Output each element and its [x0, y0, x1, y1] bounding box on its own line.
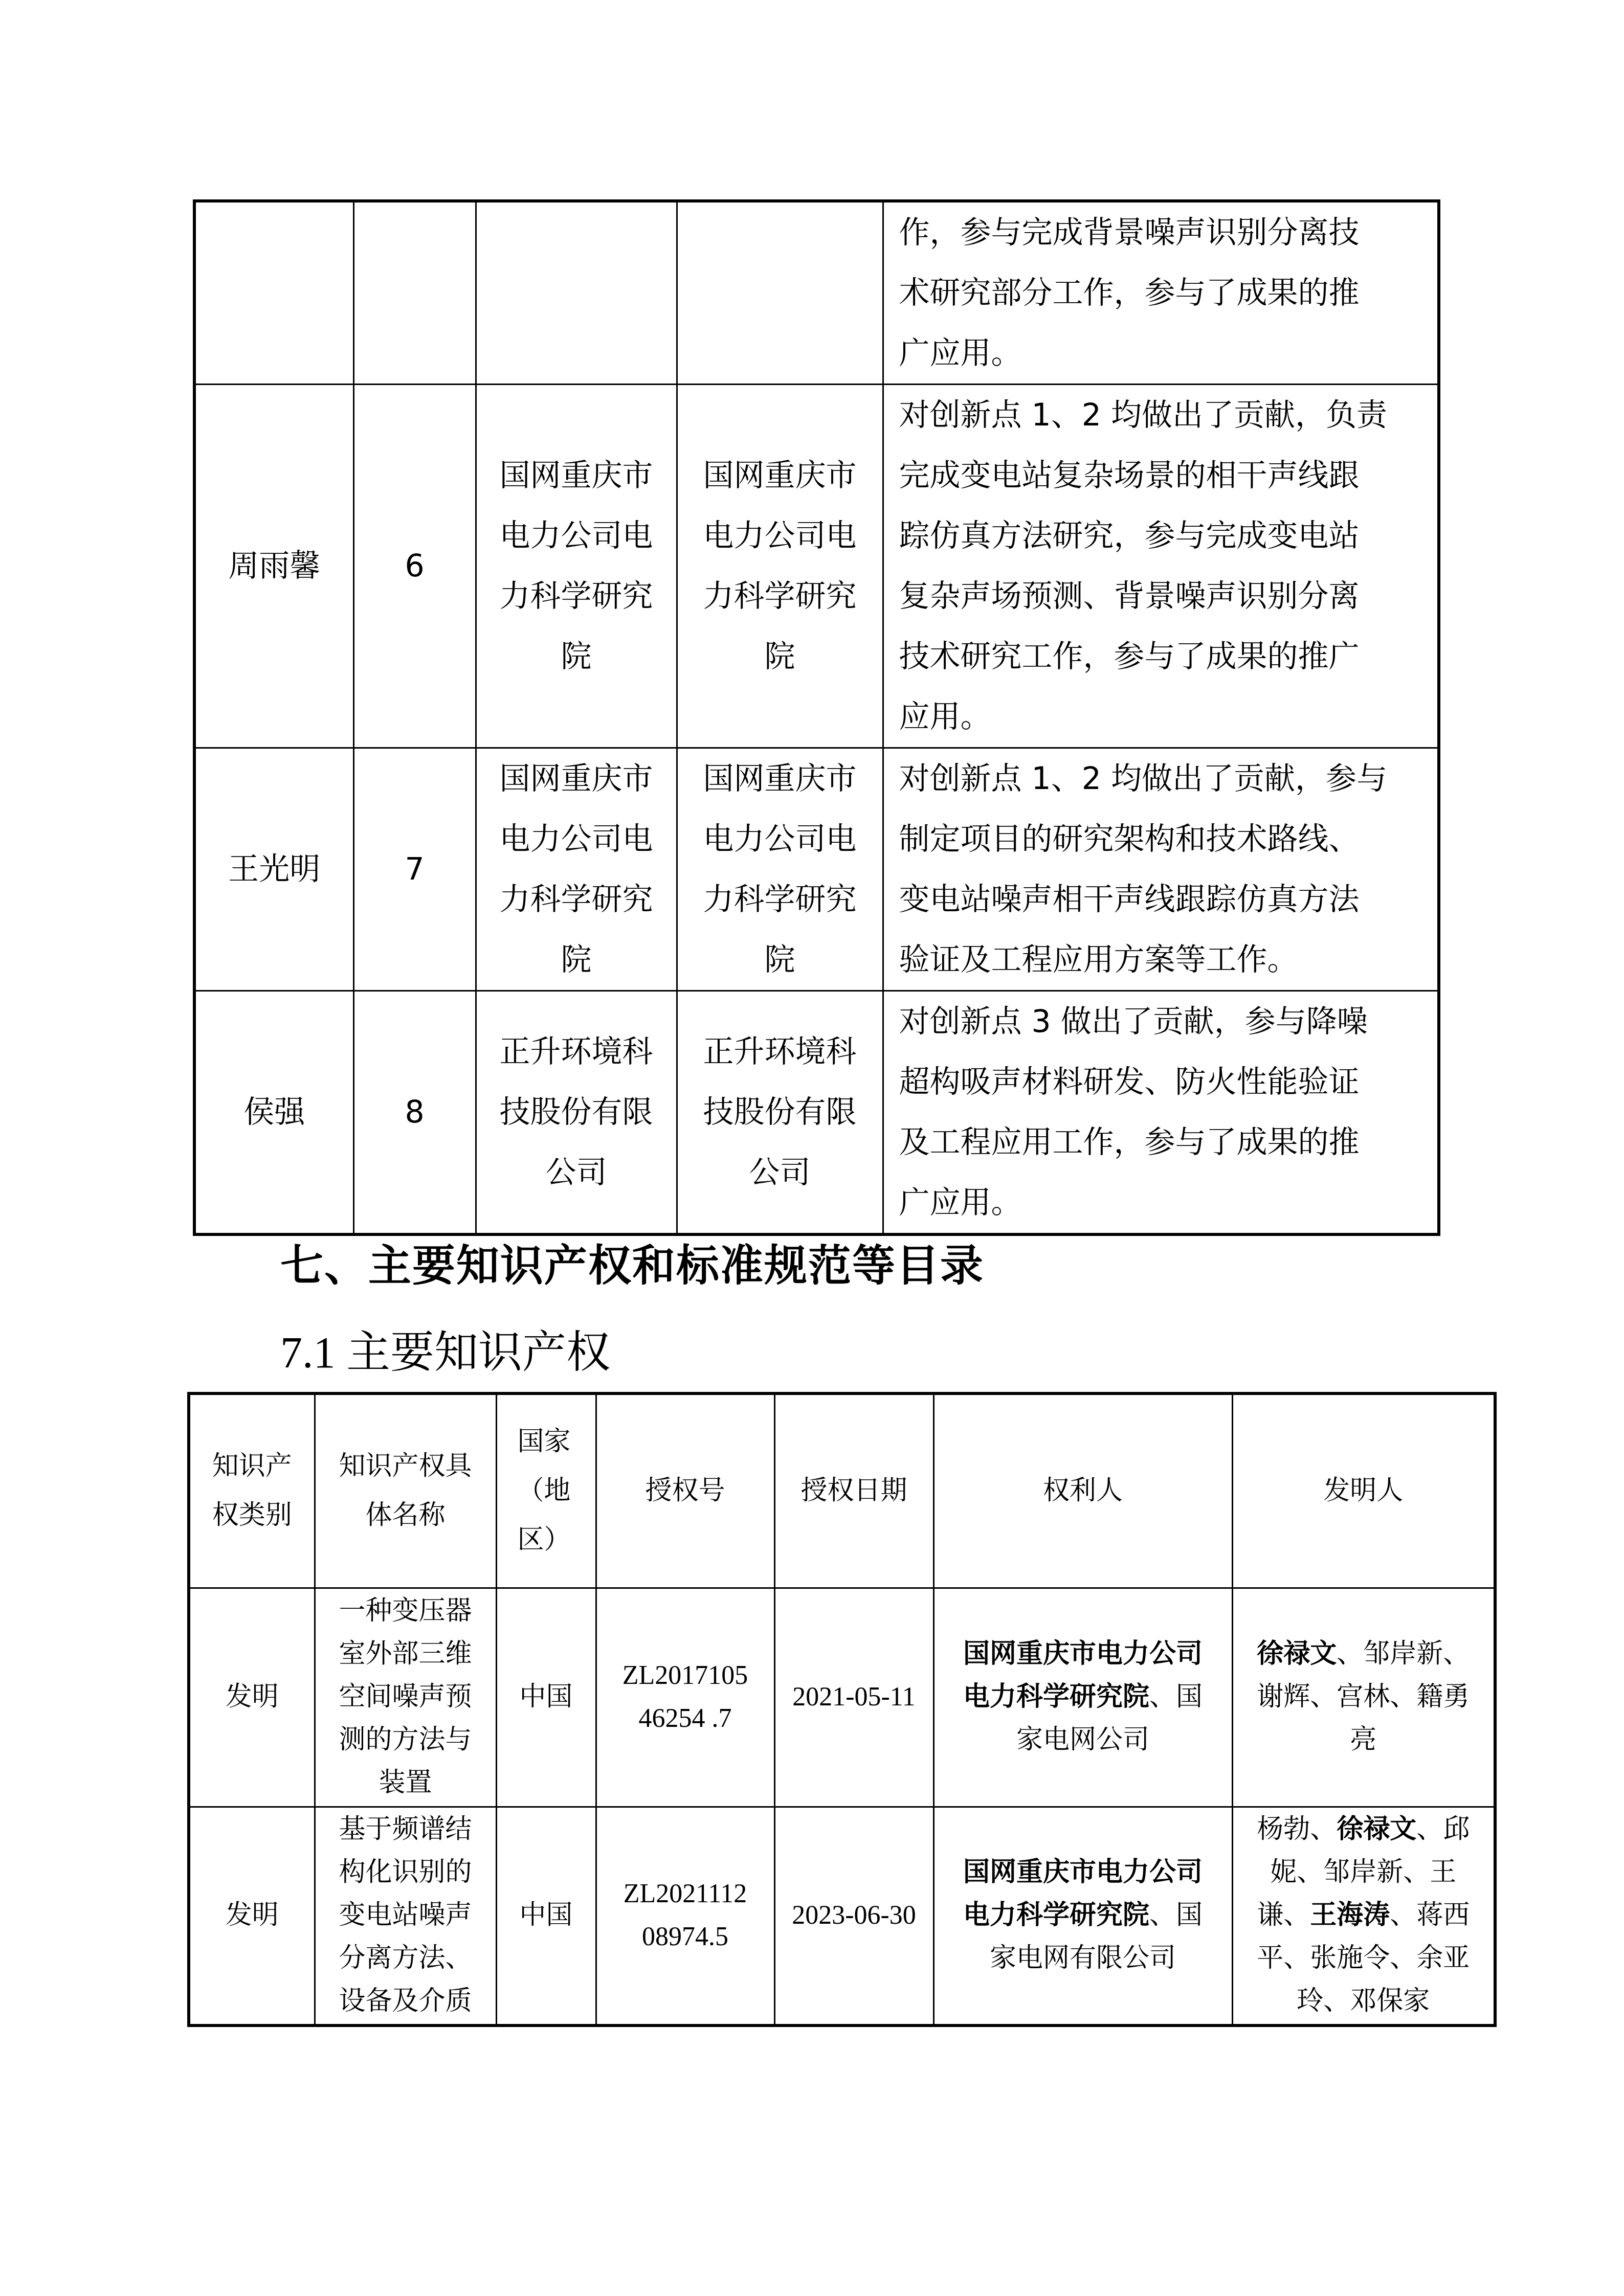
line: 变电站噪声: [330, 1894, 481, 1937]
ip-name-cell: 一种变压器 室外部三维 空间噪声预 测的方法与 装置: [315, 1588, 496, 1807]
line: 电力科学研究院、国: [949, 1894, 1217, 1937]
line: 国网重庆市: [693, 749, 867, 809]
inventor-text: 、邱: [1416, 1815, 1470, 1844]
complete-unit-cell: 国网重庆市 电力公司电 力科学研究 院: [677, 748, 883, 991]
rank-cell: 8: [353, 991, 476, 1235]
line: 公司: [693, 1142, 867, 1203]
line: 谢辉、宫林、籍勇: [1248, 1676, 1480, 1719]
inventor-bold: 王海涛: [1310, 1901, 1390, 1930]
line: 对创新点 3 做出了贡献，参与降噪: [899, 992, 1422, 1052]
table-row: 侯强 8 正升环境科 技股份有限 公司 正升环境科 技股份有限 公司 对创新点 …: [194, 991, 1439, 1235]
line: 变电站噪声相干声线跟踪仿真方法: [899, 869, 1422, 930]
owner-cell: 国网重庆市电力公司 电力科学研究院、国 家电网公司: [933, 1588, 1232, 1807]
line: 正升环境科: [693, 1022, 867, 1082]
line: 构化识别的: [330, 1851, 481, 1894]
name-cell: 周雨馨: [194, 385, 353, 748]
header-date: 授权日期: [774, 1393, 933, 1588]
owner-cell: 国网重庆市电力公司 电力科学研究院、国 家电网有限公司: [933, 1807, 1232, 2025]
line: 分离方法、: [330, 1937, 481, 1980]
line: 术研究部分工作，参与了成果的推: [899, 263, 1422, 323]
header-name: 知识产权具 体名称: [315, 1393, 496, 1588]
line: 电力科学研究院、国: [949, 1676, 1217, 1719]
line: 力科学研究: [693, 869, 867, 930]
line: （地: [518, 1467, 595, 1516]
type-cell: 发明: [189, 1807, 315, 2025]
line: 一种变压器: [330, 1590, 481, 1633]
date-cell: 2023-06-30: [774, 1807, 933, 2025]
inventor-text: 、邹岸新、: [1337, 1639, 1470, 1669]
line: 家电网公司: [949, 1719, 1217, 1762]
line: 作，参与完成背景噪声识别分离技: [899, 202, 1422, 263]
line: 区）: [518, 1516, 595, 1565]
complete-unit-cell: 国网重庆市 电力公司电 力科学研究 院: [677, 385, 883, 748]
inventors-cell: 杨勃、徐禄文、邱 妮、邹岸新、王 谦、王海涛、蒋西 平、张施令、余亚 玲、邓保家: [1232, 1807, 1495, 2025]
line: 电力公司电: [693, 809, 867, 869]
line: 体名称: [316, 1491, 496, 1540]
header-number: 授权号: [596, 1393, 774, 1588]
country-cell: 中国: [496, 1588, 596, 1807]
type-cell: 发明: [189, 1588, 315, 1807]
complete-unit-cell: 正升环境科 技股份有限 公司: [677, 991, 883, 1235]
line: 测的方法与: [330, 1719, 481, 1762]
line: 广应用。: [899, 323, 1422, 384]
table-row: 周雨馨 6 国网重庆市 电力公司电 力科学研究 院 国网重庆市 电力公司电 力科…: [194, 385, 1439, 748]
owner-bold: 电力科学研究院: [963, 1901, 1149, 1930]
line: 玲、邓保家: [1248, 1980, 1480, 2023]
line: 力科学研究: [492, 869, 661, 930]
line: 国网重庆市: [492, 445, 661, 506]
header-country: 国家 （地 区）: [496, 1393, 596, 1588]
line: 应用。: [899, 687, 1422, 747]
line: 对创新点 1、2 均做出了贡献，负责: [899, 385, 1422, 445]
table-row: 王光明 7 国网重庆市 电力公司电 力科学研究 院 国网重庆市 电力公司电 力科…: [194, 748, 1439, 991]
line: ZL2021112: [597, 1873, 774, 1916]
line: ZL2017105: [597, 1654, 774, 1697]
line: 46254 .7: [597, 1697, 774, 1740]
name-cell: [194, 201, 353, 385]
inventor-bold: 徐禄文: [1257, 1639, 1337, 1669]
country-cell: 中国: [496, 1807, 596, 2025]
line: 平、张施令、余亚: [1248, 1937, 1480, 1980]
line: 验证及工程应用方案等工作。: [899, 930, 1422, 990]
owner-text: 、国: [1149, 1682, 1203, 1712]
table-row: 发明 一种变压器 室外部三维 空间噪声预 测的方法与 装置 中国 ZL20171…: [189, 1588, 1495, 1807]
work-unit-cell: 正升环境科 技股份有限 公司: [476, 991, 677, 1235]
inventor-text: 、蒋西: [1390, 1901, 1470, 1930]
line: 院: [492, 930, 661, 990]
line: 空间噪声预: [330, 1676, 481, 1719]
work-unit-cell: 国网重庆市 电力公司电 力科学研究 院: [476, 748, 677, 991]
header-inventors: 发明人: [1232, 1393, 1495, 1588]
header-type: 知识产 权类别: [189, 1393, 315, 1588]
table-row: 作，参与完成背景噪声识别分离技 术研究部分工作，参与了成果的推 广应用。: [194, 201, 1439, 385]
line: 国网重庆市: [492, 749, 661, 809]
line: 技术研究工作，参与了成果的推广: [899, 626, 1422, 687]
inventor-text: 谦、: [1257, 1901, 1310, 1930]
line: 院: [492, 626, 661, 687]
line: 踪仿真方法研究，参与完成变电站: [899, 506, 1422, 566]
ip-table: 知识产 权类别 知识产权具 体名称 国家 （地 区） 授权号 授权日期 权利人 …: [187, 1392, 1497, 2027]
work-unit-cell: [476, 201, 677, 385]
work-unit-cell: 国网重庆市 电力公司电 力科学研究 院: [476, 385, 677, 748]
inventors-cell: 徐禄文、邹岸新、 谢辉、宫林、籍勇 亮: [1232, 1588, 1495, 1807]
line: 电力公司电: [492, 506, 661, 566]
line: 广应用。: [899, 1173, 1422, 1233]
contribution-cell: 对创新点 1、2 均做出了贡献，负责 完成变电站复杂场景的相干声线跟 踪仿真方法…: [883, 385, 1439, 748]
line: 复杂声场预测、背景噪声识别分离: [899, 566, 1422, 626]
line: 及工程应用工作，参与了成果的推: [899, 1112, 1422, 1173]
line: 妮、邹岸新、王: [1248, 1851, 1480, 1894]
ip-name-cell: 基于频谱结 构化识别的 变电站噪声 分离方法、 设备及介质: [315, 1807, 496, 2025]
line: 室外部三维: [330, 1633, 481, 1676]
number-cell: ZL2021112 08974.5: [596, 1807, 774, 2025]
line: 力科学研究: [693, 566, 867, 626]
line: 院: [693, 626, 867, 687]
line: 基于频谱结: [330, 1808, 481, 1851]
inventor-bold: 徐禄文: [1337, 1815, 1416, 1844]
header-owner: 权利人: [933, 1393, 1232, 1588]
line: 国网重庆市电力公司: [949, 1851, 1217, 1894]
inventor-text: 杨勃、: [1257, 1815, 1337, 1844]
line: 08974.5: [597, 1916, 774, 1959]
line: 正升环境科: [492, 1022, 661, 1082]
line: 家电网有限公司: [949, 1937, 1217, 1980]
rank-cell: 6: [353, 385, 476, 748]
contributors-table: 作，参与完成背景噪声识别分离技 术研究部分工作，参与了成果的推 广应用。 周雨馨…: [193, 199, 1440, 1236]
line: 国家: [518, 1417, 595, 1467]
header-row: 知识产 权类别 知识产权具 体名称 国家 （地 区） 授权号 授权日期 权利人 …: [189, 1393, 1495, 1588]
contribution-cell: 对创新点 1、2 均做出了贡献，参与 制定项目的研究架构和技术路线、 变电站噪声…: [883, 748, 1439, 991]
line: 技股份有限: [492, 1082, 661, 1142]
complete-unit-cell: [677, 201, 883, 385]
line: 技股份有限: [693, 1082, 867, 1142]
line: 电力公司电: [693, 506, 867, 566]
line: 知识产权具: [316, 1442, 496, 1491]
rank-cell: 7: [353, 748, 476, 991]
line: 电力公司电: [492, 809, 661, 869]
line: 国网重庆市: [693, 445, 867, 506]
section-heading: 七、主要知识产权和标准规范等目录: [280, 1237, 984, 1294]
date-cell: 2021-05-11: [774, 1588, 933, 1807]
line: 国网重庆市电力公司: [949, 1633, 1217, 1676]
owner-bold: 国网重庆市电力公司: [963, 1639, 1203, 1669]
line: 完成变电站复杂场景的相干声线跟: [899, 445, 1422, 506]
line: 亮: [1248, 1719, 1480, 1762]
contribution-cell: 对创新点 3 做出了贡献，参与降噪 超构吸声材料研发、防火性能验证 及工程应用工…: [883, 991, 1439, 1235]
line: 院: [693, 930, 867, 990]
owner-bold: 国网重庆市电力公司: [963, 1858, 1203, 1887]
rank-cell: [353, 201, 476, 385]
subsection-heading: 7.1 主要知识产权: [280, 1324, 610, 1381]
line: 力科学研究: [492, 566, 661, 626]
owner-bold: 电力科学研究院: [963, 1682, 1149, 1712]
line: 知识产: [190, 1442, 314, 1491]
name-cell: 王光明: [194, 748, 353, 991]
line: 权类别: [190, 1491, 314, 1540]
table-row: 发明 基于频谱结 构化识别的 变电站噪声 分离方法、 设备及介质 中国 ZL20…: [189, 1807, 1495, 2025]
line: 制定项目的研究架构和技术路线、: [899, 809, 1422, 869]
line: 设备及介质: [330, 1980, 481, 2023]
owner-text: 、国: [1149, 1901, 1203, 1930]
line: 徐禄文、邹岸新、: [1248, 1633, 1480, 1676]
line: 对创新点 1、2 均做出了贡献，参与: [899, 749, 1422, 809]
line: 装置: [330, 1762, 481, 1805]
number-cell: ZL2017105 46254 .7: [596, 1588, 774, 1807]
contribution-cell: 作，参与完成背景噪声识别分离技 术研究部分工作，参与了成果的推 广应用。: [883, 201, 1439, 385]
line: 超构吸声材料研发、防火性能验证: [899, 1052, 1422, 1112]
line: 谦、王海涛、蒋西: [1248, 1894, 1480, 1937]
line: 公司: [492, 1142, 661, 1203]
line: 杨勃、徐禄文、邱: [1248, 1808, 1480, 1851]
name-cell: 侯强: [194, 991, 353, 1235]
